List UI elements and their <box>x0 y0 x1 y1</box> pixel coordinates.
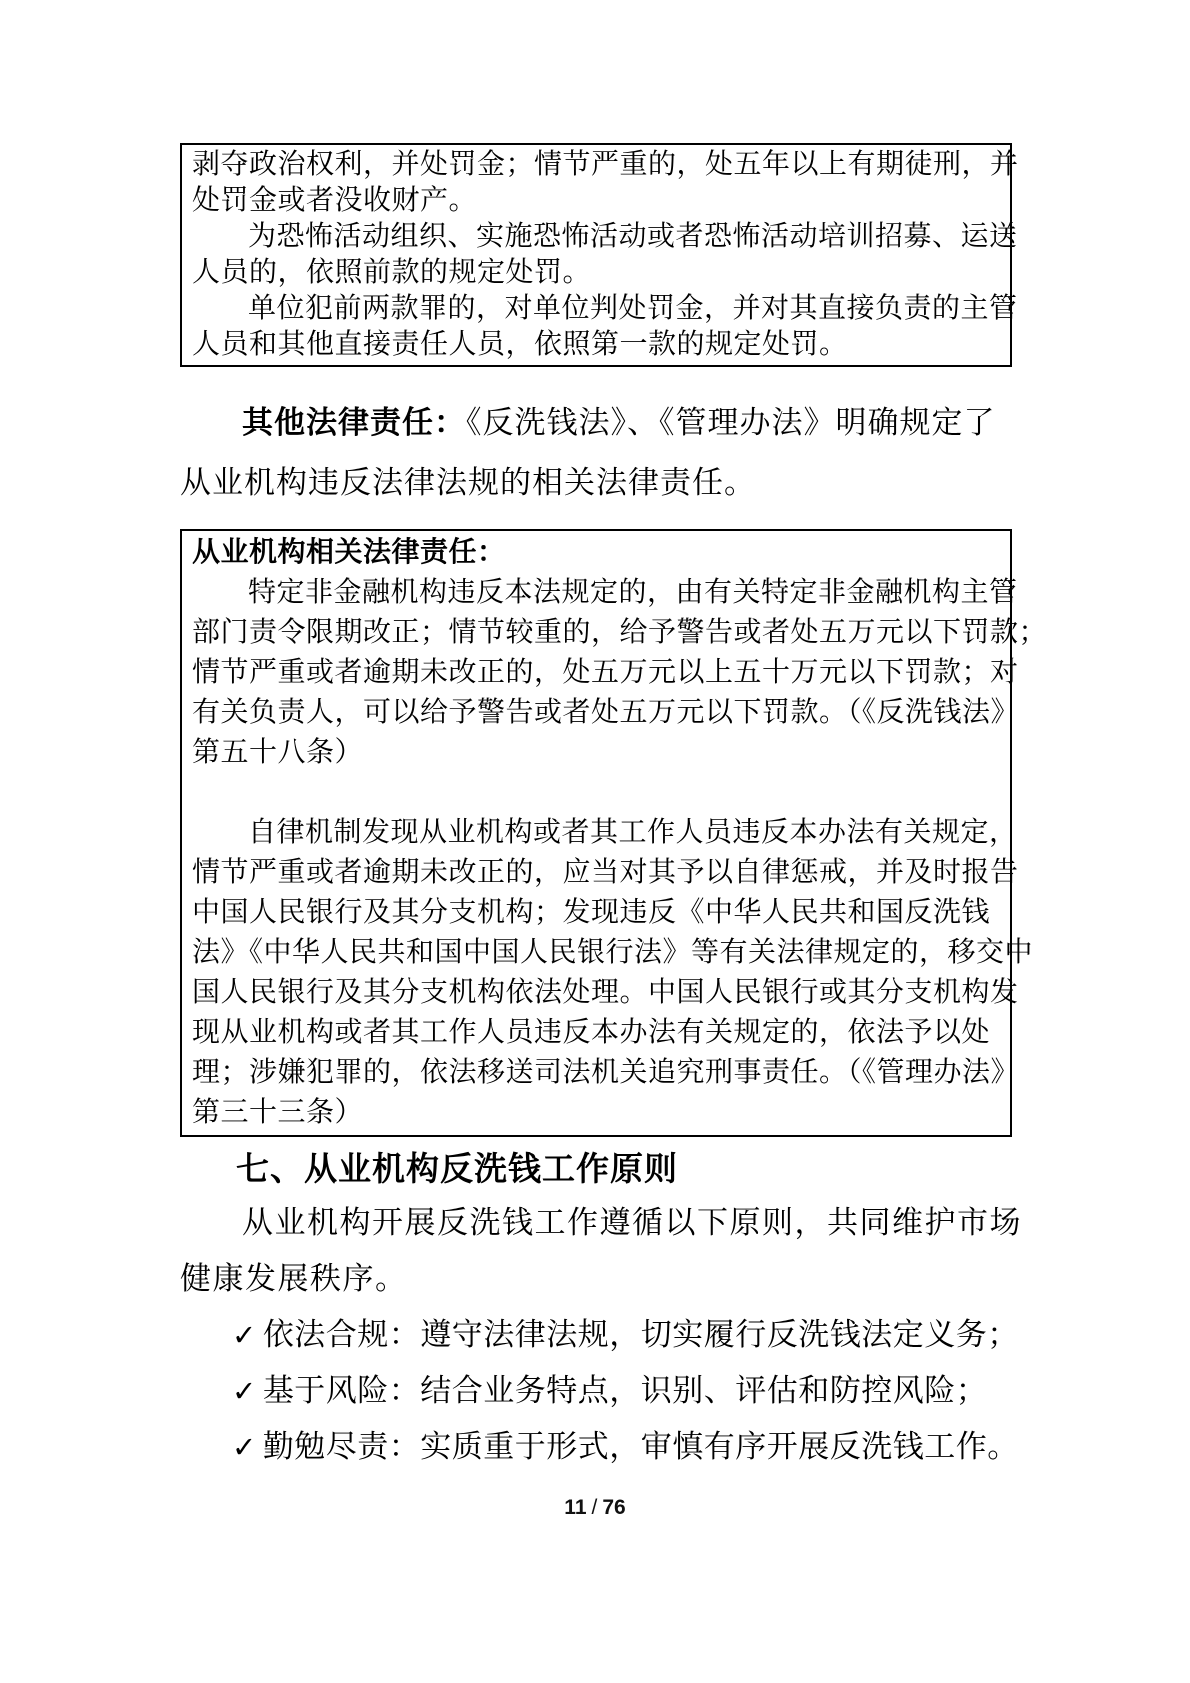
principle-item: ✓勤勉尽责：实质重于形式，审慎有序开展反洗钱工作。 <box>180 1419 1012 1475</box>
paragraph-text: 《反洗钱法》、《管理办法》明确规定了 <box>466 405 996 440</box>
checkmark-icon: ✓ <box>232 1318 257 1352</box>
box-line: 剥夺政治权利，并处罚金；情节严重的，处五年以上有期徒刑，并 <box>192 147 1000 183</box>
box-line: 第五十八条） <box>192 733 1000 773</box>
page-footer: 11/76 <box>0 1496 1190 1520</box>
paragraph-lead-bold: 其他法律责任： <box>242 405 466 440</box>
checkmark-icon: ✓ <box>232 1374 257 1408</box>
page-total: 76 <box>602 1496 625 1519</box>
box-line: 自律机制发现从业机构或者其工作人员违反本办法有关规定， <box>192 813 1000 853</box>
paragraph-line: 其他法律责任：《反洗钱法》、《管理办法》明确规定了 <box>180 393 1012 453</box>
box-title: 从业机构相关法律责任： <box>192 533 1000 573</box>
box-line: 法》《中华人民共和国中国人民银行法》等有关法律规定的，移交中 <box>192 933 1000 973</box>
box-line: 单位犯前两款罪的，对单位判处罚金，并对其直接负责的主管 <box>192 291 1000 327</box>
checkmark-icon: ✓ <box>232 1430 257 1464</box>
box-line: 第三十三条） <box>192 1093 1000 1133</box>
box-line: 情节严重或者逾期未改正的，应当对其予以自律惩戒，并及时报告 <box>192 853 1000 893</box>
principle-text: 基于风险：结合业务特点，识别、评估和防控风险； <box>263 1373 988 1408</box>
box-line: 处罚金或者没收财产。 <box>192 183 1000 219</box>
page-number: 11 <box>564 1496 586 1519</box>
paragraph-line: 从业机构违反法律法规的相关法律责任。 <box>180 453 1012 513</box>
box-line: 国人民银行及其分支机构依法处理。中国人民银行或其分支机构发 <box>192 973 1000 1013</box>
principles-list: ✓依法合规：遵守法律法规，切实履行反洗钱法定义务； ✓基于风险：结合业务特点，识… <box>180 1307 1012 1475</box>
box-blank-line <box>192 773 1000 813</box>
box-line: 理；涉嫌犯罪的，依法移送司法机关追究刑事责任。（《管理办法》 <box>192 1053 1000 1093</box>
box-line: 为恐怖活动组织、实施恐怖活动或者恐怖活动培训招募、运送 <box>192 219 1000 255</box>
box-line: 情节严重或者逾期未改正的，处五万元以上五十万元以下罚款；对 <box>192 653 1000 693</box>
box-line: 部门责令限期改正；情节较重的，给予警告或者处五万元以下罚款； <box>192 613 1000 653</box>
box-line: 中国人民银行及其分支机构；发现违反《中华人民共和国反洗钱 <box>192 893 1000 933</box>
paragraph-line: 从业机构开展反洗钱工作遵循以下原则，共同维护市场 <box>180 1195 1012 1251</box>
paragraph-line: 健康发展秩序。 <box>180 1251 1012 1307</box>
principle-item: ✓基于风险：结合业务特点，识别、评估和防控风险； <box>180 1363 1012 1419</box>
box-line: 人员的，依照前款的规定处罚。 <box>192 255 1000 291</box>
box-line: 有关负责人，可以给予警告或者处五万元以下罚款。（《反洗钱法》 <box>192 693 1000 733</box>
document-page: 剥夺政治权利，并处罚金；情节严重的，处五年以上有期徒刑，并 处罚金或者没收财产。… <box>0 0 1190 1683</box>
section-heading-7: 七、从业机构反洗钱工作原则 <box>180 1147 1012 1191</box>
law-excerpt-box-criminal-penalties: 剥夺政治权利，并处罚金；情节严重的，处五年以上有期徒刑，并 处罚金或者没收财产。… <box>180 143 1012 367</box>
principle-item: ✓依法合规：遵守法律法规，切实履行反洗钱法定义务； <box>180 1307 1012 1363</box>
box-line: 人员和其他直接责任人员，依照第一款的规定处罚。 <box>192 327 1000 363</box>
other-legal-liability-paragraph: 其他法律责任：《反洗钱法》、《管理办法》明确规定了 从业机构违反法律法规的相关法… <box>180 393 1012 513</box>
page-number-separator: / <box>592 1496 598 1519</box>
box-line: 现从业机构或者其工作人员违反本办法有关规定的，依法予以处 <box>192 1013 1000 1053</box>
box-line: 特定非金融机构违反本法规定的，由有关特定非金融机构主管 <box>192 573 1000 613</box>
page-content: 剥夺政治权利，并处罚金；情节严重的，处五年以上有期徒刑，并 处罚金或者没收财产。… <box>180 143 1012 1475</box>
section-intro-paragraph: 从业机构开展反洗钱工作遵循以下原则，共同维护市场 健康发展秩序。 <box>180 1195 1012 1307</box>
principle-text: 勤勉尽责：实质重于形式，审慎有序开展反洗钱工作。 <box>263 1429 1019 1464</box>
law-excerpt-box-institution-liability: 从业机构相关法律责任： 特定非金融机构违反本法规定的，由有关特定非金融机构主管 … <box>180 529 1012 1137</box>
principle-text: 依法合规：遵守法律法规，切实履行反洗钱法定义务； <box>263 1317 1019 1352</box>
